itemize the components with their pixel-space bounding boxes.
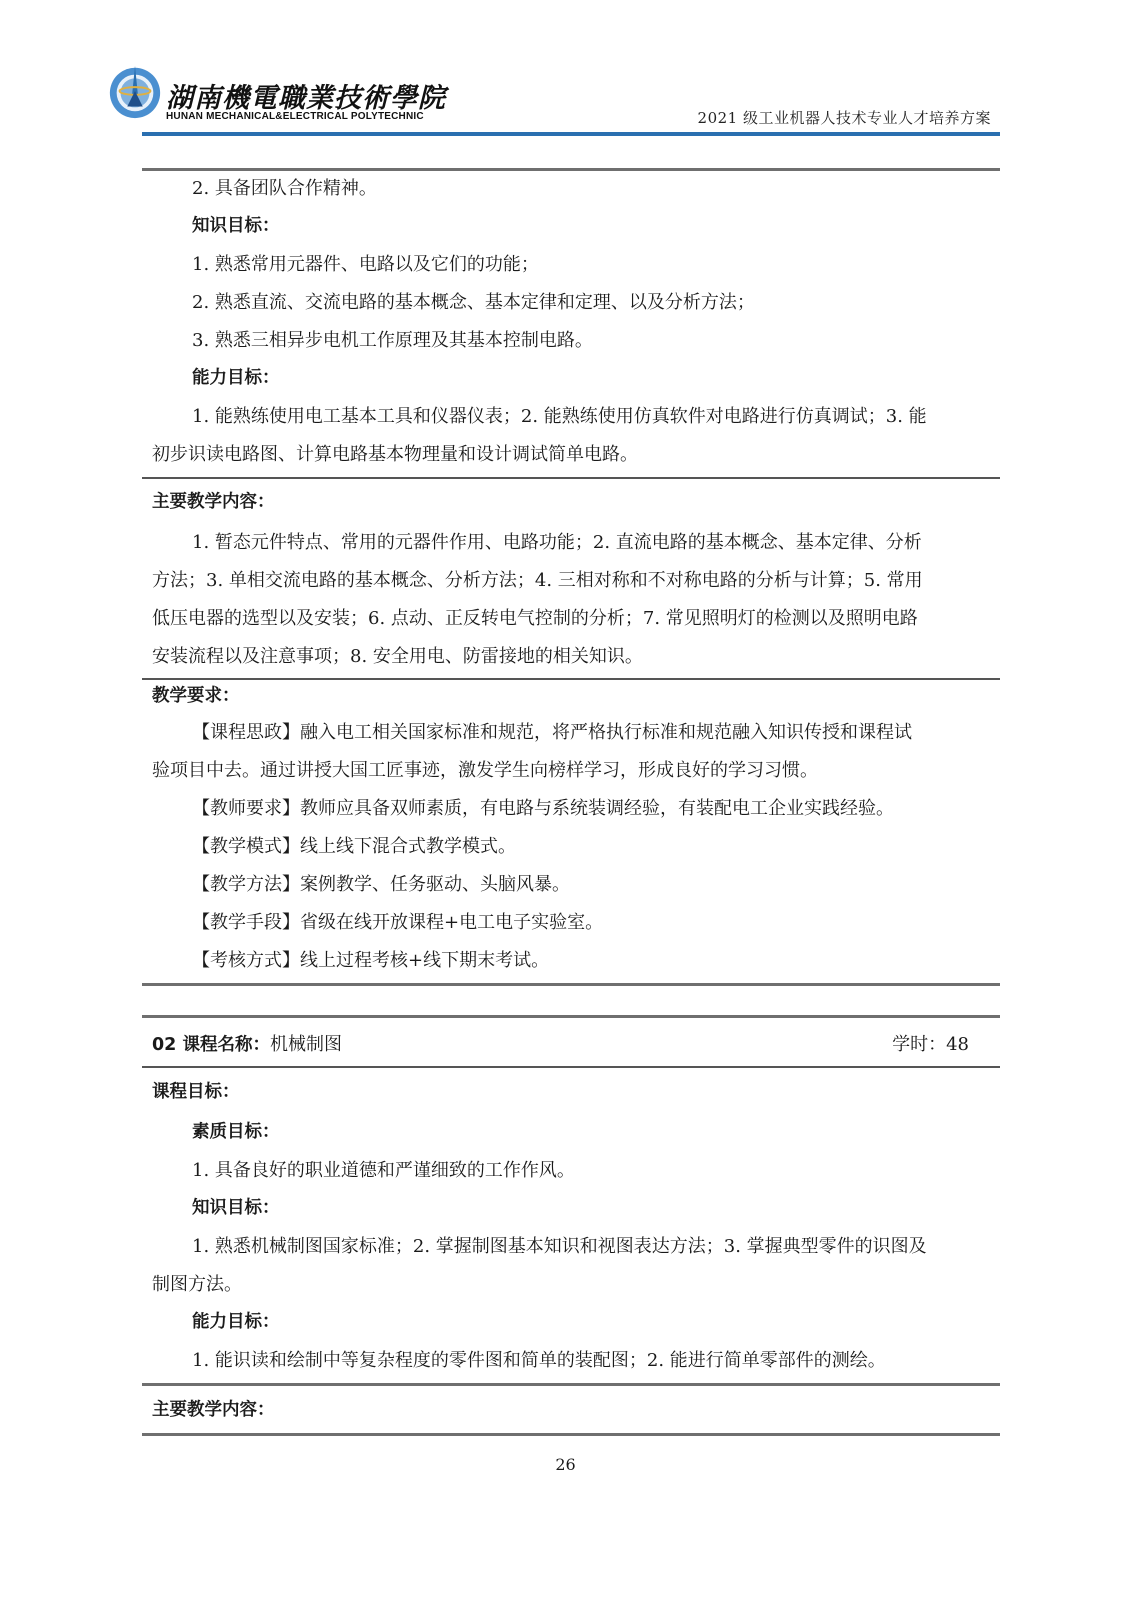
knowledge-heading: 知识目标： <box>192 212 280 237</box>
school-emblem-icon <box>106 62 164 120</box>
divider <box>142 678 1000 680</box>
school-name-cn: 湖南機電職業技術學院 <box>166 76 446 115</box>
ability-item: 1. 能识读和绘制中等复杂程度的零件图和简单的装配图；2. 能进行简单零部件的测… <box>192 1346 886 1372</box>
knowledge-item: 3. 熟悉三相异步电机工作原理及其基本控制电路。 <box>192 326 593 352</box>
content-line: 低压电器的选型以及安装；6. 点动、正反转电气控制的分析；7. 常见照明灯的检测… <box>152 604 918 630</box>
knowledge-item: 2. 熟悉直流、交流电路的基本概念、基本定律和定理、以及分析方法； <box>192 288 755 314</box>
requirement-line: 【教学手段】省级在线开放课程+电工电子实验室。 <box>192 908 603 934</box>
knowledge-line: 制图方法。 <box>152 1270 242 1296</box>
requirements-heading: 教学要求： <box>152 682 240 707</box>
ability-heading: 能力目标： <box>192 1308 280 1333</box>
school-name-en: HUNAN MECHANICAL&ELECTRICAL POLYTECHNIC <box>166 111 424 122</box>
course-name: 机械制图 <box>270 1034 342 1055</box>
objectives-heading: 课程目标： <box>152 1078 240 1103</box>
requirement-line: 【教学模式】线上线下混合式教学模式。 <box>192 832 516 858</box>
requirement-line: 【教学方法】案例教学、任务驱动、头脑风暴。 <box>192 870 570 896</box>
table-border-top <box>142 168 1000 171</box>
knowledge-item: 1. 熟悉常用元器件、电路以及它们的功能； <box>192 250 539 276</box>
table-border-bottom <box>142 983 1000 986</box>
knowledge-heading: 知识目标： <box>192 1194 280 1219</box>
table-border-top <box>142 1015 1000 1018</box>
divider <box>142 1383 1000 1386</box>
page-number: 26 <box>0 1455 1131 1474</box>
ability-line: 初步识读电路图、计算电路基本物理量和设计调试简单电路。 <box>152 440 638 466</box>
quality-item: 2. 具备团队合作精神。 <box>192 174 377 200</box>
quality-item: 1. 具备良好的职业道德和严谨细致的工作作风。 <box>192 1156 575 1182</box>
requirement-line: 【教师要求】教师应具备双师素质，有电路与系统装调经验，有装配电工企业实践经验。 <box>192 794 894 820</box>
ability-heading: 能力目标： <box>192 364 280 389</box>
table-border-bottom <box>142 1433 1000 1436</box>
requirement-line: 【课程思政】融入电工相关国家标准和规范，将严格执行标准和规范融入知识传授和课程试 <box>192 718 912 744</box>
content-line: 安装流程以及注意事项；8. 安全用电、防雷接地的相关知识。 <box>152 642 643 668</box>
content-line: 方法；3. 单相交流电路的基本概念、分析方法；4. 三相对称和不对称电路的分析与… <box>152 566 923 592</box>
divider <box>142 1066 1000 1068</box>
divider <box>142 477 1000 479</box>
content-heading: 主要教学内容： <box>152 488 275 513</box>
requirement-line: 【考核方式】线上过程考核+线下期末考试。 <box>192 946 549 972</box>
quality-heading: 素质目标： <box>192 1118 280 1143</box>
course-hours: 学时：48 <box>892 1030 969 1056</box>
course-title-row: 02 课程名称：机械制图 <box>152 1030 342 1056</box>
course-number-label: 02 课程名称： <box>152 1035 270 1055</box>
content-line: 1. 暂态元件特点、常用的元器件作用、电路功能；2. 直流电路的基本概念、基本定… <box>192 528 922 554</box>
page-header: 湖南機電職業技術學院 HUNAN MECHANICAL&ELECTRICAL P… <box>0 0 1131 140</box>
document-title: 2021 级工业机器人技术专业人才培养方案 <box>698 107 991 128</box>
knowledge-line: 1. 熟悉机械制图国家标准；2. 掌握制图基本知识和视图表达方法；3. 掌握典型… <box>192 1232 927 1258</box>
ability-line: 1. 能熟练使用电工基本工具和仪器仪表；2. 能熟练使用仿真软件对电路进行仿真调… <box>192 402 927 428</box>
header-rule <box>142 132 1000 136</box>
content-heading: 主要教学内容： <box>152 1396 275 1421</box>
requirement-line: 验项目中去。通过讲授大国工匠事迹，激发学生向榜样学习，形成良好的学习习惯。 <box>152 756 818 782</box>
